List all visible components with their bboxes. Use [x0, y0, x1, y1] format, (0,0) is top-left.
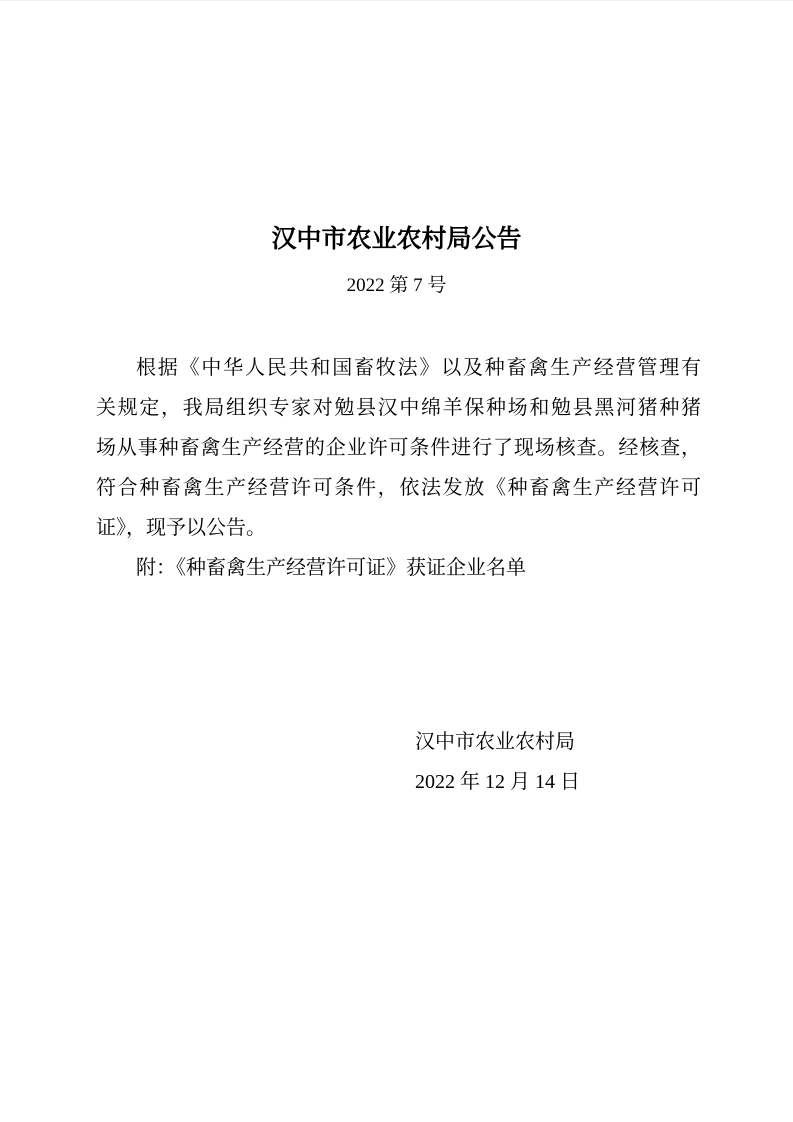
paragraph-line-1: 根据《中华人民共和国畜牧法》以及种畜禽生产经营管理有: [96, 348, 701, 388]
document-body: 根据《中华人民共和国畜牧法》以及种畜禽生产经营管理有 关规定，我局组织专家对勉县…: [96, 348, 701, 588]
issuer-name: 汉中市农业农村局: [415, 722, 580, 762]
attachment-line: 附：《种畜禽生产经营许可证》获证企业名单: [96, 548, 701, 588]
paragraph-line-4: 符合种畜禽生产经营许可条件，依法发放《种畜禽生产经营许可: [96, 468, 701, 508]
document-number: 2022 第 7 号: [0, 272, 793, 300]
signature-block: 汉中市农业农村局 2022 年 12 月 14 日: [415, 722, 580, 802]
paragraph-line-5: 证》，现予以公告。: [96, 508, 701, 548]
document-title: 汉中市农业农村局公告: [0, 223, 793, 257]
paragraph-line-2: 关规定，我局组织专家对勉县汉中绵羊保种场和勉县黑河猪种猪: [96, 388, 701, 428]
document-page: 汉中市农业农村局公告 2022 第 7 号 根据《中华人民共和国畜牧法》以及种畜…: [0, 0, 793, 1122]
issue-date: 2022 年 12 月 14 日: [415, 762, 580, 802]
paragraph-line-3: 场从事种畜禽生产经营的企业许可条件进行了现场核查。经核查，: [96, 428, 701, 468]
